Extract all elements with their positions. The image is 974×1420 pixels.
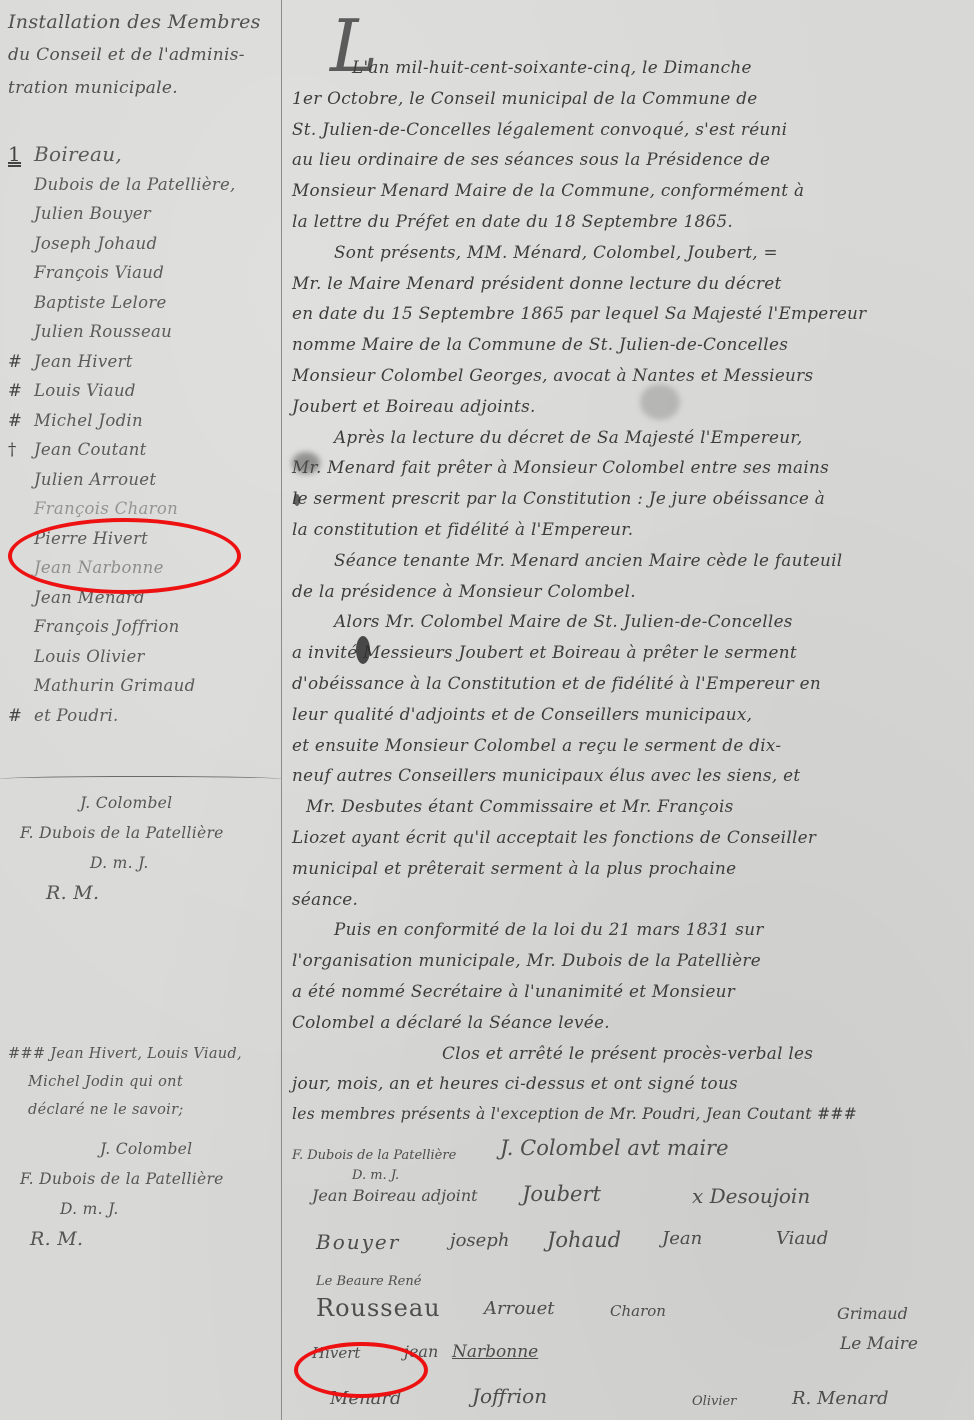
- annotation-ellipse-hivert-signature: [294, 1342, 428, 1398]
- body-line: leur qualité d'adjoints et de Conseiller…: [292, 699, 962, 730]
- body-line: Sont présents, MM. Ménard, Colombel, Jou…: [292, 237, 962, 268]
- body-line: la constitution et fidélité à l'Empereur…: [292, 514, 962, 545]
- body-line: Mr. Desbutes étant Commissaire et Mr. Fr…: [292, 791, 962, 822]
- body-text: L'an mil-huit-cent-soixante-cinq, le Dim…: [292, 52, 962, 1130]
- body-line: L'an mil-huit-cent-soixante-cinq, le Dim…: [292, 52, 962, 83]
- margin-title: Installation des Membres du Conseil et d…: [8, 6, 280, 105]
- margin-note: ### Jean Hivert, Louis Viaud, Michel Jod…: [8, 1040, 278, 1124]
- body-line: Joubert et Boireau adjoints.: [292, 391, 962, 422]
- signature: D. m. J.: [20, 1194, 270, 1224]
- body-line: Après la lecture du décret de Sa Majesté…: [292, 422, 962, 453]
- signature: D. m. J.: [20, 848, 270, 878]
- ink-smudge: [640, 384, 680, 420]
- ink-blot: [356, 636, 370, 664]
- member-name: Julien Arrouet: [8, 465, 278, 495]
- note-line: Michel Jodin qui ont: [8, 1068, 278, 1096]
- member-name: Julien Rousseau: [8, 317, 278, 347]
- body-line: Séance tenante Mr. Menard ancien Maire c…: [292, 545, 962, 576]
- body-line: d'obéissance à la Constitution et de fid…: [292, 668, 962, 699]
- signature: Joffrion: [472, 1384, 547, 1408]
- member-name: #Jean Hivert: [8, 347, 278, 377]
- signature: F. Dubois de la Patellière: [20, 1164, 270, 1194]
- member-name: 1Boireau,: [8, 140, 278, 170]
- body-line: Mr. le Maire Menard président donne lect…: [292, 268, 962, 299]
- body-line: Alors Mr. Colombel Maire de St. Julien-d…: [292, 606, 962, 637]
- margin-title-line: du Conseil et de l'adminis-: [8, 39, 280, 72]
- body-line: en date du 15 Septembre 1865 par lequel …: [292, 298, 962, 329]
- body-line: séance.: [292, 884, 962, 915]
- signature: J. Colombel: [20, 1134, 270, 1164]
- body-line: municipal et prêterait serment à la plus…: [292, 853, 962, 884]
- member-name: Joseph Johaud: [8, 229, 278, 259]
- signature: J. Colombel: [20, 788, 270, 818]
- member-name: Louis Olivier: [8, 642, 278, 672]
- section-divider: [0, 776, 281, 783]
- body-line: et ensuite Monsieur Colombel a reçu le s…: [292, 730, 962, 761]
- member-name: Dubois de la Patellière,: [8, 170, 278, 200]
- signature: Narbonne: [452, 1342, 538, 1362]
- margin-rule: [281, 0, 282, 1420]
- body-line: Monsieur Menard Maire de la Commune, con…: [292, 175, 962, 206]
- note-line: ### Jean Hivert, Louis Viaud,: [8, 1040, 278, 1068]
- body-line: Puis en conformité de la loi du 21 mars …: [292, 914, 962, 945]
- member-name: †Jean Coutant: [8, 435, 278, 465]
- body-line: St. Julien-de-Concelles légalement convo…: [292, 114, 962, 145]
- body-line: Mr. Menard fait prêter à Monsieur Colomb…: [292, 452, 962, 483]
- member-name: François Joffrion: [8, 612, 278, 642]
- signature: J. Colombel avt maire: [500, 1136, 729, 1160]
- signature: F. Dubois de la Patellière: [20, 818, 270, 848]
- ink-smudge: [292, 452, 320, 474]
- signature: R. Menard: [792, 1388, 889, 1409]
- body-line: l'organisation municipale, Mr. Dubois de…: [292, 945, 962, 976]
- body-line: au lieu ordinaire de ses séances sous la…: [292, 144, 962, 175]
- signature: Charon: [610, 1302, 666, 1320]
- signature: R. M.: [20, 1224, 270, 1254]
- document-page: Installation des Membres du Conseil et d…: [0, 0, 974, 1420]
- signature: Joubert: [522, 1182, 601, 1206]
- member-name: Julien Bouyer: [8, 199, 278, 229]
- body-line: a invité Messieurs Joubert et Boireau à …: [292, 637, 962, 668]
- body-line: nomme Maire de la Commune de St. Julien-…: [292, 329, 962, 360]
- body-line: jour, mois, an et heures ci-dessus et on…: [292, 1068, 962, 1099]
- body-line: le serment prescrit par la Constitution …: [292, 483, 962, 514]
- signature: Jean Boireau adjoint: [312, 1186, 478, 1205]
- margin-title-line: Installation des Membres: [8, 6, 280, 39]
- margin-title-line: tration municipale.: [8, 72, 280, 105]
- member-name: François Viaud: [8, 258, 278, 288]
- ink-blot: [294, 494, 300, 506]
- signature: F. Dubois de la Patellière: [292, 1148, 456, 1163]
- body-line: a été nommé Secrétaire à l'unanimité et …: [292, 976, 962, 1007]
- signature: Jean: [662, 1228, 702, 1249]
- member-name: #Michel Jodin: [8, 406, 278, 436]
- body-line: Clos et arrêté le présent procès-verbal …: [292, 1038, 962, 1069]
- signature: R. M.: [20, 878, 270, 908]
- annotation-ellipse-pierre-hivert: [8, 518, 241, 594]
- member-name: Baptiste Lelore: [8, 288, 278, 318]
- body-line: Monsieur Colombel Georges, avocat à Nant…: [292, 360, 962, 391]
- body-line: Colombel a déclaré la Séance levée.: [292, 1007, 962, 1038]
- margin-signature-block: J. Colombel F. Dubois de la Patellière D…: [20, 788, 270, 908]
- body-line: la lettre du Préfet en date du 18 Septem…: [292, 206, 962, 237]
- body-line: neuf autres Conseillers municipaux élus …: [292, 760, 962, 791]
- note-line: déclaré ne le savoir;: [8, 1096, 278, 1124]
- signature: Le Maire: [840, 1334, 918, 1354]
- signature: joseph: [450, 1230, 509, 1251]
- body-line: les membres présents à l'exception de Mr…: [292, 1099, 962, 1130]
- member-name: #Louis Viaud: [8, 376, 278, 406]
- signature: Grimaud: [837, 1304, 908, 1323]
- margin-signature-block: J. Colombel F. Dubois de la Patellière D…: [20, 1134, 270, 1254]
- signature: Viaud: [776, 1228, 828, 1249]
- signature: Rousseau: [316, 1294, 441, 1322]
- body-line: 1er Octobre, le Conseil municipal de la …: [292, 83, 962, 114]
- member-name: Mathurin Grimaud: [8, 671, 278, 701]
- signature: Bouyer: [316, 1230, 400, 1254]
- body-line: Liozet ayant écrit qu'il acceptait les f…: [292, 822, 962, 853]
- signature: x Desoujoin: [692, 1184, 810, 1208]
- signature: Le Beaure René: [316, 1274, 421, 1289]
- signature: Arrouet: [484, 1298, 555, 1319]
- body-line: de la présidence à Monsieur Colombel.: [292, 576, 962, 607]
- signature: D. m. J.: [352, 1168, 399, 1183]
- council-member-list: 1Boireau, Dubois de la Patellière, Julie…: [8, 140, 278, 730]
- signature: Johaud: [547, 1228, 621, 1252]
- signature: Olivier: [692, 1394, 736, 1409]
- list-mark: 1: [8, 140, 34, 170]
- member-name: #et Poudri.: [8, 701, 278, 731]
